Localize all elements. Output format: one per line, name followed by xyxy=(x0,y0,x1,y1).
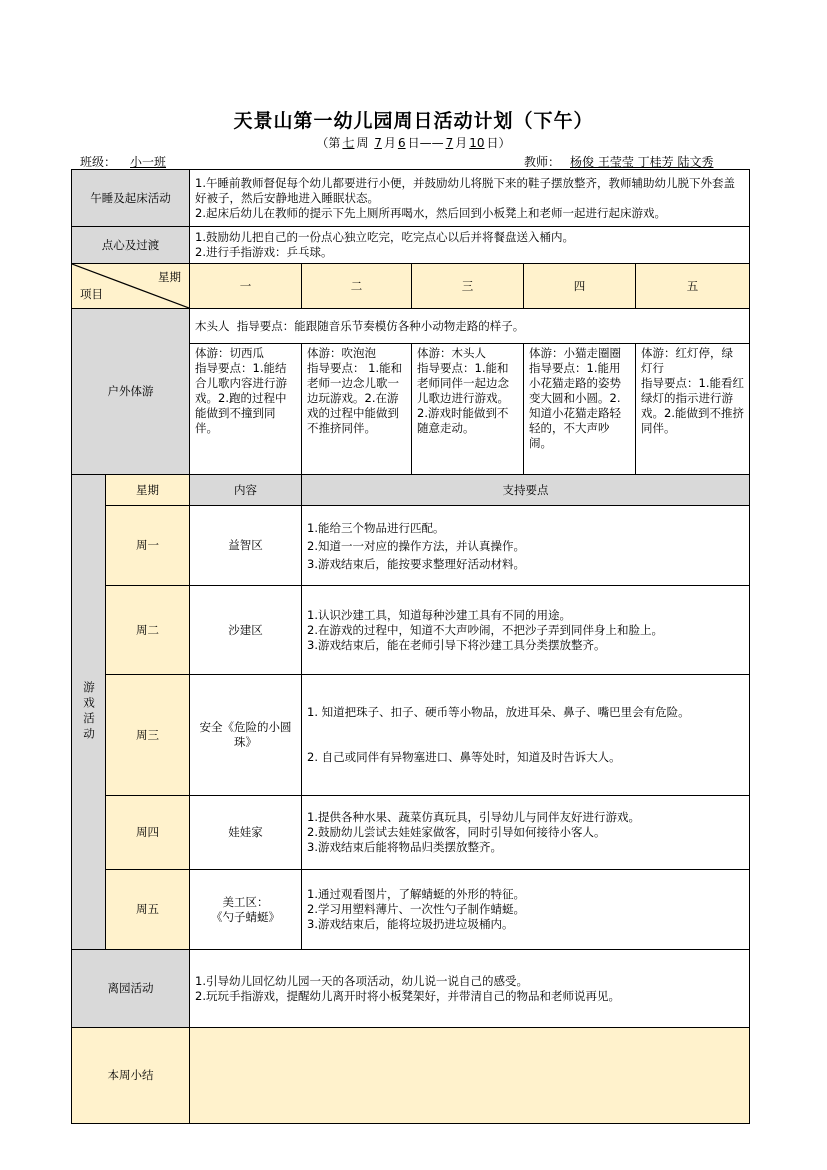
games-points: 1.通过观看图片，了解蜻蜓的外形的特征。 2.学习用塑料薄片、一次性勺子制作蜻蜓… xyxy=(302,870,750,950)
weekday-header-row: 星期 项目 一 二 三 四 五 xyxy=(72,264,750,309)
games-points: 1.认识沙建工具，知道每种沙建工具有不同的用途。 2.在游戏的过程中，知道不大声… xyxy=(302,586,750,675)
games-points: 1.提供各种水果、蔬菜仿真玩具，引导幼儿与同伴友好进行游戏。 2.鼓励幼儿尝试去… xyxy=(302,796,750,870)
games-day: 周五 xyxy=(106,870,190,950)
outdoor-label: 户外体游 xyxy=(72,309,190,475)
games-content: 娃娃家 xyxy=(190,796,302,870)
end-month: 7 xyxy=(444,136,456,150)
snack-row: 点心及过渡 1.鼓励幼儿把自己的一份点心独立吃完，吃完点心以后并将餐盘送入桶内。… xyxy=(72,227,750,264)
outdoor-mon: 体游：切西瓜 指导要点：1.能结合儿歌内容进行游戏。2.跑的过程中能做到不撞到同… xyxy=(190,344,302,475)
outdoor-shared-content: 木头人 指导要点：能跟随音乐节奏模仿各种小动物走路的样子。 xyxy=(190,309,750,344)
games-day: 周一 xyxy=(106,506,190,586)
teacher-info: 教师：杨俊 王莹莹 丁桂芳 陆文秀 xyxy=(524,153,719,170)
outdoor-fri: 体游：红灯停，绿灯行 指导要点：1.能看红绿灯的指示进行游戏。2.能做到不推挤同… xyxy=(636,344,750,475)
activity-plan-table: 午睡及起床活动 1.午睡前教师督促每个幼儿都要进行小便，并鼓励幼儿将脱下来的鞋子… xyxy=(71,169,750,1124)
games-points: 1.能给三个物品进行匹配。 2.知道一一对应的操作方法，并认真操作。 3.游戏结… xyxy=(302,506,750,586)
games-col-content: 内容 xyxy=(190,475,302,506)
summary-content[interactable] xyxy=(190,1028,750,1124)
games-content: 沙建区 xyxy=(190,586,302,675)
week-number: 七 xyxy=(340,136,356,150)
games-content: 安全《危险的小圆珠》 xyxy=(190,675,302,796)
games-day: 周四 xyxy=(106,796,190,870)
start-day: 6 xyxy=(396,136,408,150)
games-day: 周三 xyxy=(106,675,190,796)
games-content: 美工区： 《勺子蜻蜓》 xyxy=(190,870,302,950)
diagonal-header-cell: 星期 项目 xyxy=(72,264,190,309)
outdoor-wed: 体游：木头人 指导要点：1.能和老师同伴一起边念儿歌边进行游戏。2.游戏时能做到… xyxy=(412,344,524,475)
summary-row: 本周小结 xyxy=(72,1028,750,1124)
games-header-row: 游戏活动 星期 内容 支持要点 xyxy=(72,475,750,506)
outdoor-thu: 体游：小猫走圈圈 指导要点：1.能用小花猫走路的姿势变大圆和小圆。2.知道小花猫… xyxy=(524,344,636,475)
games-row-wed: 周三 安全《危险的小圆珠》 1. 知道把珠子、扣子、硬币等小物品，放进耳朵、鼻子… xyxy=(72,675,750,796)
games-content: 益智区 xyxy=(190,506,302,586)
games-col-day: 星期 xyxy=(106,475,190,506)
games-row-thu: 周四 娃娃家 1.提供各种水果、蔬菜仿真玩具，引导幼儿与同伴友好进行游戏。 2.… xyxy=(72,796,750,870)
games-col-points: 支持要点 xyxy=(302,475,750,506)
weekday-wed: 三 xyxy=(412,264,524,309)
weekday-mon: 一 xyxy=(190,264,302,309)
snack-content: 1.鼓励幼儿把自己的一份点心独立吃完，吃完点心以后并将餐盘送入桶内。 2.进行手… xyxy=(190,227,750,264)
games-points: 1. 知道把珠子、扣子、硬币等小物品，放进耳朵、鼻子、嘴巴里会有危险。 2. 自… xyxy=(302,675,750,796)
games-row-fri: 周五 美工区： 《勺子蜻蜓》 1.通过观看图片，了解蜻蜓的外形的特征。 2.学习… xyxy=(72,870,750,950)
summary-label: 本周小结 xyxy=(72,1028,190,1124)
weekday-tue: 二 xyxy=(302,264,412,309)
outdoor-tue: 体游：吹泡泡 指导要点： 1.能和老师一边念儿歌一边玩游戏。2.在游戏的过程中能… xyxy=(302,344,412,475)
outdoor-shared-row: 户外体游 木头人 指导要点：能跟随音乐节奏模仿各种小动物走路的样子。 xyxy=(72,309,750,344)
end-day: 10 xyxy=(467,136,486,150)
games-row-mon: 周一 益智区 1.能给三个物品进行匹配。 2.知道一一对应的操作方法，并认真操作… xyxy=(72,506,750,586)
games-label: 游戏活动 xyxy=(72,475,106,950)
start-month: 7 xyxy=(372,136,384,150)
leaving-row: 离园活动 1.引导幼儿回忆幼儿园一天的各项活动，幼儿说一说自己的感受。 2.玩玩… xyxy=(72,950,750,1028)
week-range: （第七周 7月6日——7月10日） xyxy=(0,134,827,151)
nap-row: 午睡及起床活动 1.午睡前教师督促每个幼儿都要进行小便，并鼓励幼儿将脱下来的鞋子… xyxy=(72,170,750,227)
nap-label: 午睡及起床活动 xyxy=(72,170,190,227)
leaving-label: 离园活动 xyxy=(72,950,190,1028)
games-day: 周二 xyxy=(106,586,190,675)
weekday-thu: 四 xyxy=(524,264,636,309)
weekday-fri: 五 xyxy=(636,264,750,309)
nap-content: 1.午睡前教师督促每个幼儿都要进行小便，并鼓励幼儿将脱下来的鞋子摆放整齐，教师辅… xyxy=(190,170,750,227)
games-row-tue: 周二 沙建区 1.认识沙建工具，知道每种沙建工具有不同的用途。 2.在游戏的过程… xyxy=(72,586,750,675)
class-value: 小一班 xyxy=(116,155,184,169)
snack-label: 点心及过渡 xyxy=(72,227,190,264)
teacher-value: 杨俊 王莹莹 丁桂芳 陆文秀 xyxy=(560,155,719,169)
leaving-content: 1.引导幼儿回忆幼儿园一天的各项活动，幼儿说一说自己的感受。 2.玩玩手指游戏，… xyxy=(190,950,750,1028)
class-info: 班级：小一班 xyxy=(80,153,184,170)
page-title: 天景山第一幼儿园周日活动计划（下午） xyxy=(0,106,827,133)
